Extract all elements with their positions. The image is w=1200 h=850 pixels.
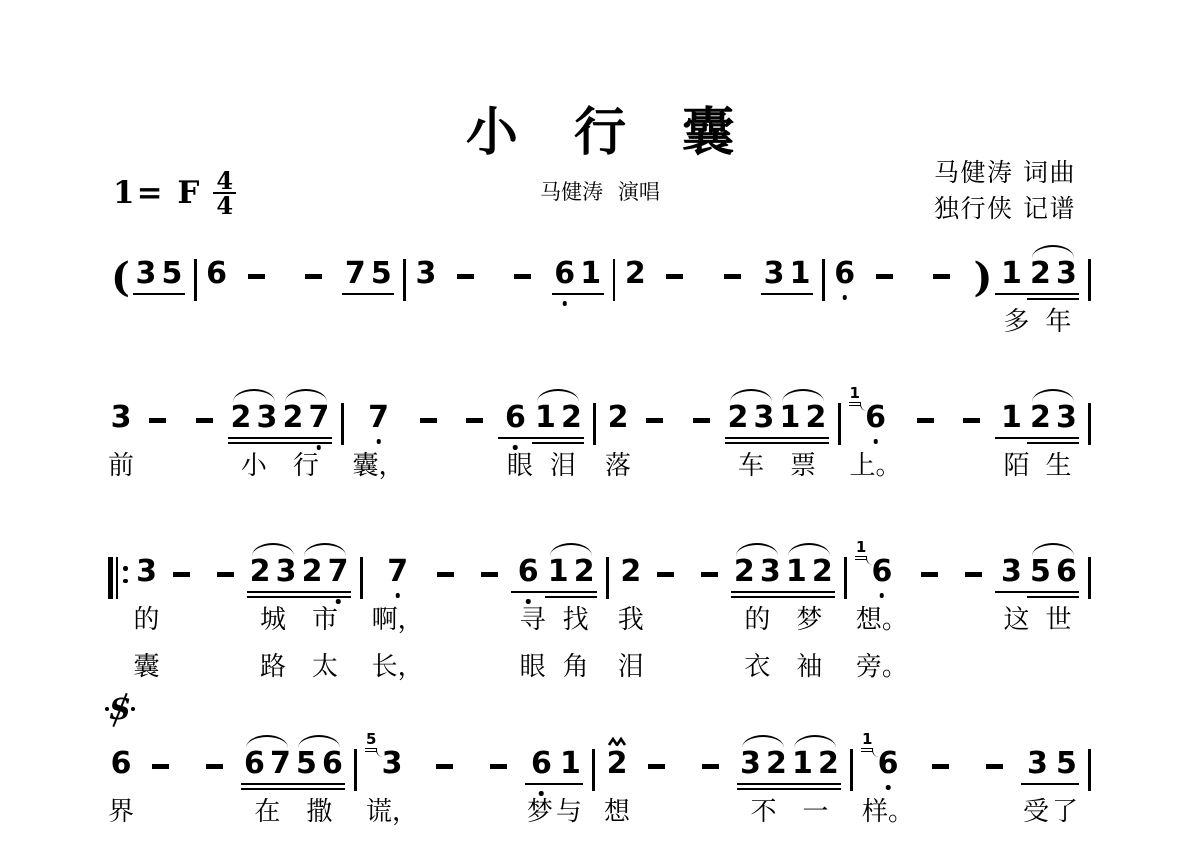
beam-group-cell: 2327城市路太 bbox=[247, 552, 351, 690]
low-octave-dot bbox=[395, 593, 400, 598]
note: 2 bbox=[1027, 254, 1053, 294]
beam-line bbox=[725, 442, 829, 444]
beam-line bbox=[725, 437, 829, 439]
credit-transcriber: 独行侠 记谱 bbox=[934, 191, 1076, 227]
note: 5 bbox=[159, 254, 185, 294]
lyric-syllable: 样。 bbox=[862, 795, 914, 835]
beam-line bbox=[228, 442, 332, 444]
barline bbox=[1088, 744, 1091, 835]
beam-group: 35 bbox=[133, 254, 185, 294]
lyric-syllable bbox=[203, 603, 247, 643]
lyric-syllable bbox=[405, 449, 452, 489]
lyric-syllable bbox=[968, 795, 1022, 835]
lyric-syllable bbox=[1088, 449, 1091, 489]
note: 5 bbox=[368, 254, 394, 294]
key-signature: 1= F bbox=[113, 175, 201, 211]
barline bbox=[844, 552, 847, 690]
sheet-music-page: 小 行 囊 马健涛 演唱 1= F 4 4 马健涛 词曲 独行侠 记谱 (356… bbox=[0, 0, 1200, 850]
beam-group: 2312 bbox=[731, 552, 835, 592]
barline bbox=[592, 744, 595, 835]
dash-duration-line bbox=[913, 254, 970, 345]
tie-arc bbox=[246, 735, 288, 748]
beam-line bbox=[241, 788, 345, 790]
tie-arc bbox=[252, 543, 294, 556]
dash-duration-line bbox=[914, 744, 968, 835]
low-octave-dot bbox=[886, 785, 891, 790]
beam-group-cell: 2312的梦衣袖 bbox=[731, 552, 835, 690]
note: 6 bbox=[1053, 552, 1079, 592]
lyric-syllable bbox=[688, 603, 732, 643]
dash-duration-line bbox=[228, 254, 285, 345]
grace-note: 1 bbox=[849, 386, 861, 406]
note: 1 bbox=[545, 552, 571, 592]
beam-line bbox=[228, 437, 332, 439]
beam-group: 61 bbox=[552, 254, 604, 294]
note: 3 bbox=[110, 398, 132, 438]
dash-duration-line bbox=[968, 744, 1022, 835]
lyric-syllable bbox=[688, 650, 732, 690]
note: 5 bbox=[1027, 552, 1053, 592]
lyric-syllable bbox=[856, 305, 913, 345]
lyric-syllable bbox=[850, 795, 853, 835]
lyric-syllable: 前 bbox=[108, 449, 134, 489]
barline bbox=[341, 398, 344, 489]
beam-line bbox=[525, 783, 583, 785]
lyric-syllable bbox=[134, 795, 188, 835]
beam-line bbox=[737, 788, 841, 790]
lyric-syllable bbox=[902, 449, 949, 489]
note: 2 bbox=[558, 398, 584, 438]
note: 2 bbox=[571, 552, 597, 592]
dash-duration-line bbox=[631, 398, 678, 489]
tie-arc bbox=[736, 543, 778, 556]
lyric-syllable: 长， bbox=[372, 650, 424, 690]
note: 2 bbox=[815, 744, 841, 784]
lyric-syllable bbox=[360, 650, 363, 690]
note: 61 bbox=[865, 398, 887, 438]
beam-group-cell: 123陌生 bbox=[995, 398, 1079, 489]
note-cell: 2 bbox=[624, 254, 646, 345]
beam-line bbox=[761, 293, 813, 295]
note: 2 bbox=[803, 398, 829, 438]
note: 6 bbox=[511, 552, 545, 592]
beam-group-cell: 612眼泪 bbox=[498, 398, 584, 489]
beam-group-cell: 3212不一 bbox=[737, 744, 841, 835]
lyric-syllable bbox=[228, 305, 285, 345]
note: 2 bbox=[607, 398, 629, 438]
lyric-syllable bbox=[644, 603, 688, 643]
tie-arc bbox=[233, 389, 275, 402]
beam-group: 356 bbox=[995, 552, 1079, 592]
low-octave-dot bbox=[526, 599, 531, 604]
lyric-syllable: 囊， bbox=[353, 449, 405, 489]
barline bbox=[360, 552, 363, 690]
beam-group-cell: 123多年 bbox=[995, 254, 1079, 345]
lyric-syllable bbox=[646, 305, 703, 345]
beam-group-cell: 6756在撒 bbox=[241, 744, 345, 835]
note: 1 bbox=[783, 552, 809, 592]
lyric-syllable bbox=[593, 449, 596, 489]
parenthesis: ) bbox=[970, 254, 995, 345]
note-cell: 3的囊 bbox=[134, 552, 160, 690]
dash-duration-line bbox=[472, 744, 526, 835]
lyric-syllable bbox=[606, 650, 609, 690]
lyric-syllable: 多年 bbox=[995, 305, 1079, 345]
note-cell: 2我泪 bbox=[618, 552, 644, 690]
beam-line bbox=[511, 591, 597, 593]
tie-arc bbox=[304, 543, 346, 556]
note: 6 bbox=[552, 254, 578, 294]
beam-group: 2327 bbox=[247, 552, 351, 592]
beam-group-cell: 31 bbox=[761, 254, 813, 345]
segno-icon: S bbox=[108, 692, 132, 730]
lyric-syllable bbox=[403, 305, 406, 345]
lyric-syllable bbox=[844, 650, 847, 690]
lyric-syllable: 眼泪 bbox=[498, 449, 584, 489]
tie-arc bbox=[298, 735, 340, 748]
note: 6 bbox=[206, 254, 228, 294]
tie-arc bbox=[537, 389, 579, 402]
lyric-syllable bbox=[160, 650, 204, 690]
note: 3 bbox=[757, 552, 783, 592]
note: 3 bbox=[415, 254, 437, 294]
note: 1 bbox=[557, 744, 583, 784]
beam-group: 2327 bbox=[228, 398, 332, 438]
lyric-syllable bbox=[908, 650, 952, 690]
repeat-start-sign bbox=[108, 552, 128, 599]
low-octave-dot bbox=[336, 599, 341, 604]
dash-duration-line bbox=[424, 552, 468, 690]
note: 3 bbox=[751, 398, 777, 438]
note: 1 bbox=[532, 398, 558, 438]
lyric-syllable bbox=[952, 650, 996, 690]
beam-group: 123 bbox=[995, 398, 1079, 438]
beam-line bbox=[995, 293, 1079, 295]
beam-line bbox=[247, 596, 351, 598]
note: 61 bbox=[877, 744, 899, 784]
note: 2 bbox=[606, 744, 628, 784]
lyric-syllable bbox=[1088, 795, 1091, 835]
lyric-syllable: 城市 bbox=[247, 603, 351, 643]
lyric-syllable bbox=[354, 795, 357, 835]
note-cell: 2落 bbox=[605, 398, 631, 489]
lyric-syllable bbox=[995, 650, 1079, 690]
note-cell: 7啊，长， bbox=[372, 552, 424, 690]
lyric-syllable: 上。 bbox=[850, 449, 902, 489]
barline bbox=[1088, 552, 1091, 690]
tie-arc bbox=[794, 735, 836, 748]
note: 2 bbox=[620, 552, 642, 592]
beam-line bbox=[241, 783, 345, 785]
lyric-syllable: 不一 bbox=[737, 795, 841, 835]
beam-line bbox=[498, 437, 584, 439]
lyric-syllable bbox=[834, 305, 856, 345]
lyric-syllable bbox=[134, 449, 181, 489]
beam-line bbox=[133, 293, 185, 295]
score-line-3: 3的囊2327城市路太7啊，长，612寻找眼角2我泪2312的梦衣袖61想。旁。… bbox=[108, 552, 1100, 690]
dash-duration-line bbox=[203, 552, 247, 690]
lyric-syllable bbox=[418, 795, 472, 835]
lyric-syllable bbox=[970, 305, 995, 345]
dash-duration-line bbox=[188, 744, 242, 835]
lyric-syllable: 梦与 bbox=[525, 795, 583, 835]
barline bbox=[593, 398, 596, 489]
beam-group-cell: 356这世 bbox=[995, 552, 1079, 690]
lyric-syllable bbox=[914, 795, 968, 835]
lyric-syllable bbox=[342, 305, 394, 345]
barline bbox=[403, 254, 406, 345]
dash-duration-line bbox=[134, 744, 188, 835]
note: 1 bbox=[995, 254, 1027, 294]
low-octave-dot bbox=[539, 791, 544, 796]
beam-line bbox=[247, 591, 351, 593]
time-signature: 4 4 bbox=[213, 170, 236, 216]
note: 6 bbox=[525, 744, 557, 784]
low-octave-dot bbox=[880, 593, 885, 598]
lyric-syllable: 小行 bbox=[228, 449, 332, 489]
credits: 马健涛 词曲 独行侠 记谱 bbox=[934, 155, 1076, 227]
lyric-syllable bbox=[704, 305, 761, 345]
lyric-syllable bbox=[188, 795, 242, 835]
lyric-syllable bbox=[913, 305, 970, 345]
beam-group: 31 bbox=[761, 254, 813, 294]
dash-duration-line bbox=[451, 398, 498, 489]
note: 3 bbox=[1053, 254, 1079, 294]
note: 5 bbox=[293, 744, 319, 784]
note-cell: 7囊， bbox=[353, 398, 405, 489]
note-cell: 6 bbox=[206, 254, 228, 345]
note: 3 bbox=[1021, 744, 1053, 784]
dash-duration-line bbox=[405, 398, 452, 489]
beam-line bbox=[532, 442, 584, 444]
score-line-4: 6S界6756在撒35谎，61梦与2想3212不一61样。35受了 bbox=[108, 744, 1100, 835]
beam-line bbox=[1027, 596, 1079, 598]
note: 3 bbox=[136, 552, 158, 592]
lyric-syllable bbox=[472, 795, 526, 835]
low-octave-dot bbox=[562, 301, 567, 306]
beam-group-cell: 35 bbox=[133, 254, 185, 345]
dash-duration-line bbox=[646, 254, 703, 345]
beam-group: 2312 bbox=[725, 398, 829, 438]
repeat-start bbox=[108, 552, 134, 690]
note-cell: 61想。旁。 bbox=[856, 552, 908, 690]
dash-duration-line bbox=[437, 254, 494, 345]
note: 1 bbox=[995, 398, 1027, 438]
lyric-syllable bbox=[451, 449, 498, 489]
beam-line bbox=[1021, 783, 1079, 785]
parenthesis: ( bbox=[108, 254, 133, 345]
note: 1 bbox=[787, 254, 813, 294]
lyric-syllable bbox=[761, 305, 813, 345]
note: 6 bbox=[834, 254, 856, 294]
lyric-syllable bbox=[467, 650, 511, 690]
lyric-syllable: 啊， bbox=[372, 603, 424, 643]
dash-duration-line bbox=[181, 398, 228, 489]
grace-note: 1 bbox=[855, 540, 867, 560]
barline bbox=[838, 398, 841, 489]
note: 3 bbox=[254, 398, 280, 438]
lyric-syllable bbox=[592, 795, 595, 835]
note: 2 bbox=[763, 744, 789, 784]
lyric-syllable bbox=[838, 449, 841, 489]
tie-arc bbox=[1032, 245, 1074, 258]
low-octave-dot bbox=[376, 439, 381, 444]
beam-group: 61 bbox=[525, 744, 583, 784]
mordent-icon bbox=[608, 731, 626, 750]
beam-line bbox=[995, 437, 1079, 439]
note: 1 bbox=[789, 744, 815, 784]
barline bbox=[1088, 254, 1091, 345]
lyric-syllable bbox=[194, 305, 197, 345]
credit-composer: 马健涛 词曲 bbox=[934, 155, 1076, 191]
lyric-syllable: 这世 bbox=[995, 603, 1079, 643]
note: 6 bbox=[241, 744, 267, 784]
lyric-syllable bbox=[108, 650, 134, 690]
lyric-syllable bbox=[415, 305, 437, 345]
lyric-syllable: 界 bbox=[108, 795, 134, 835]
lyric-syllable bbox=[631, 449, 678, 489]
note: 7 bbox=[325, 552, 351, 592]
note: 2 bbox=[280, 398, 306, 438]
lyric-syllable bbox=[203, 650, 247, 690]
lyric-syllable: 想 bbox=[604, 795, 630, 835]
lyric-syllable bbox=[108, 603, 134, 643]
note: 2 bbox=[725, 398, 751, 438]
note-cell: 3前 bbox=[108, 398, 134, 489]
beam-group-cell: 61 bbox=[552, 254, 604, 345]
lyric-syllable: 我 bbox=[618, 603, 644, 643]
dash-duration-line bbox=[704, 254, 761, 345]
lyric-syllable: 泪 bbox=[618, 650, 644, 690]
beam-line bbox=[342, 293, 394, 295]
dash-duration-line bbox=[494, 254, 551, 345]
tie-arc bbox=[730, 389, 772, 402]
note: 2 bbox=[1027, 398, 1053, 438]
lyric-syllable: 的 bbox=[134, 603, 160, 643]
barline bbox=[822, 254, 825, 345]
lyric-syllable bbox=[822, 305, 825, 345]
tie-arc bbox=[285, 389, 327, 402]
beam-line bbox=[731, 591, 835, 593]
lyric-syllable bbox=[360, 603, 363, 643]
tie-arc bbox=[742, 735, 784, 748]
lyric-syllable bbox=[494, 305, 551, 345]
note: 3 bbox=[273, 552, 299, 592]
beam-group-cell: 2312车票 bbox=[725, 398, 829, 489]
lyric-syllable bbox=[285, 305, 342, 345]
lyric-syllable: 车票 bbox=[725, 449, 829, 489]
note: 2 bbox=[247, 552, 273, 592]
dash-duration-line bbox=[902, 398, 949, 489]
dash-duration-line bbox=[467, 552, 511, 690]
lyric-syllable bbox=[678, 449, 725, 489]
note: 61 bbox=[871, 552, 893, 592]
lyric-syllable: 眼角 bbox=[511, 650, 597, 690]
note-cell: 2想 bbox=[604, 744, 630, 835]
barline bbox=[354, 744, 357, 835]
note: 1 bbox=[578, 254, 604, 294]
lyric-syllable bbox=[684, 795, 738, 835]
lyric-syllable bbox=[952, 603, 996, 643]
lyric-syllable bbox=[624, 305, 646, 345]
barline bbox=[850, 744, 853, 835]
note: 7 bbox=[368, 398, 390, 438]
beam-line bbox=[737, 783, 841, 785]
beam-group-cell: 2327小行 bbox=[228, 398, 332, 489]
dash-duration-line bbox=[684, 744, 738, 835]
barline bbox=[194, 254, 197, 345]
note: 5 bbox=[1053, 744, 1079, 784]
low-octave-dot bbox=[842, 295, 847, 300]
note: 2 bbox=[299, 552, 325, 592]
note: 6S bbox=[110, 744, 132, 784]
lyric-syllable bbox=[424, 603, 468, 643]
lyric-syllable: 陌生 bbox=[995, 449, 1079, 489]
score-line-2: 3前2327小行7囊，612眼泪2落2312车票61上。123陌生 bbox=[108, 398, 1100, 489]
lyric-syllable bbox=[424, 650, 468, 690]
dash-duration-line bbox=[630, 744, 684, 835]
tie-arc bbox=[782, 389, 824, 402]
low-octave-dot bbox=[317, 445, 322, 450]
dash-duration-line bbox=[644, 552, 688, 690]
lyric-syllable: 的梦 bbox=[731, 603, 835, 643]
low-octave-dot bbox=[873, 439, 878, 444]
beam-group: 6756 bbox=[241, 744, 345, 784]
note-cell: 61上。 bbox=[850, 398, 902, 489]
beam-line bbox=[552, 293, 604, 295]
lyric-syllable bbox=[552, 305, 604, 345]
beam-group: 3212 bbox=[737, 744, 841, 784]
lyric-syllable: 路太 bbox=[247, 650, 351, 690]
dash-duration-line bbox=[418, 744, 472, 835]
beam-group-cell: 61梦与 bbox=[525, 744, 583, 835]
tie-arc bbox=[788, 543, 830, 556]
beam-line bbox=[1027, 298, 1079, 300]
note: 35 bbox=[381, 744, 403, 784]
beam-line bbox=[1027, 442, 1079, 444]
note: 2 bbox=[624, 254, 646, 294]
lyric-syllable: 落 bbox=[605, 449, 631, 489]
lyric-syllable: 寻找 bbox=[511, 603, 597, 643]
note: 2 bbox=[809, 552, 835, 592]
lyric-syllable bbox=[949, 449, 996, 489]
note: 1 bbox=[777, 398, 803, 438]
beam-group-cell: 35受了 bbox=[1021, 744, 1079, 835]
beam-group: 75 bbox=[342, 254, 394, 294]
lyric-syllable bbox=[1088, 305, 1091, 345]
note: 7 bbox=[306, 398, 332, 438]
lyric-syllable bbox=[1088, 603, 1091, 643]
lyric-syllable bbox=[181, 449, 228, 489]
grace-note: 1 bbox=[861, 732, 873, 752]
note: 2 bbox=[731, 552, 757, 592]
beam-line bbox=[995, 591, 1079, 593]
barline bbox=[606, 552, 609, 690]
beam-line bbox=[545, 596, 597, 598]
beam-group: 123 bbox=[995, 254, 1079, 294]
beam-group: 612 bbox=[498, 398, 584, 438]
dash-duration-line bbox=[678, 398, 725, 489]
lyric-syllable bbox=[1088, 650, 1091, 690]
dash-duration-line bbox=[952, 552, 996, 690]
lyric-syllable: 谎， bbox=[366, 795, 418, 835]
dash-duration-line bbox=[160, 552, 204, 690]
score-line-1: (356753612316)123多年 bbox=[108, 254, 1100, 345]
note: 3 bbox=[995, 552, 1027, 592]
lyric-syllable bbox=[341, 449, 344, 489]
beam-group-cell: 75 bbox=[342, 254, 394, 345]
dash-duration-line bbox=[285, 254, 342, 345]
